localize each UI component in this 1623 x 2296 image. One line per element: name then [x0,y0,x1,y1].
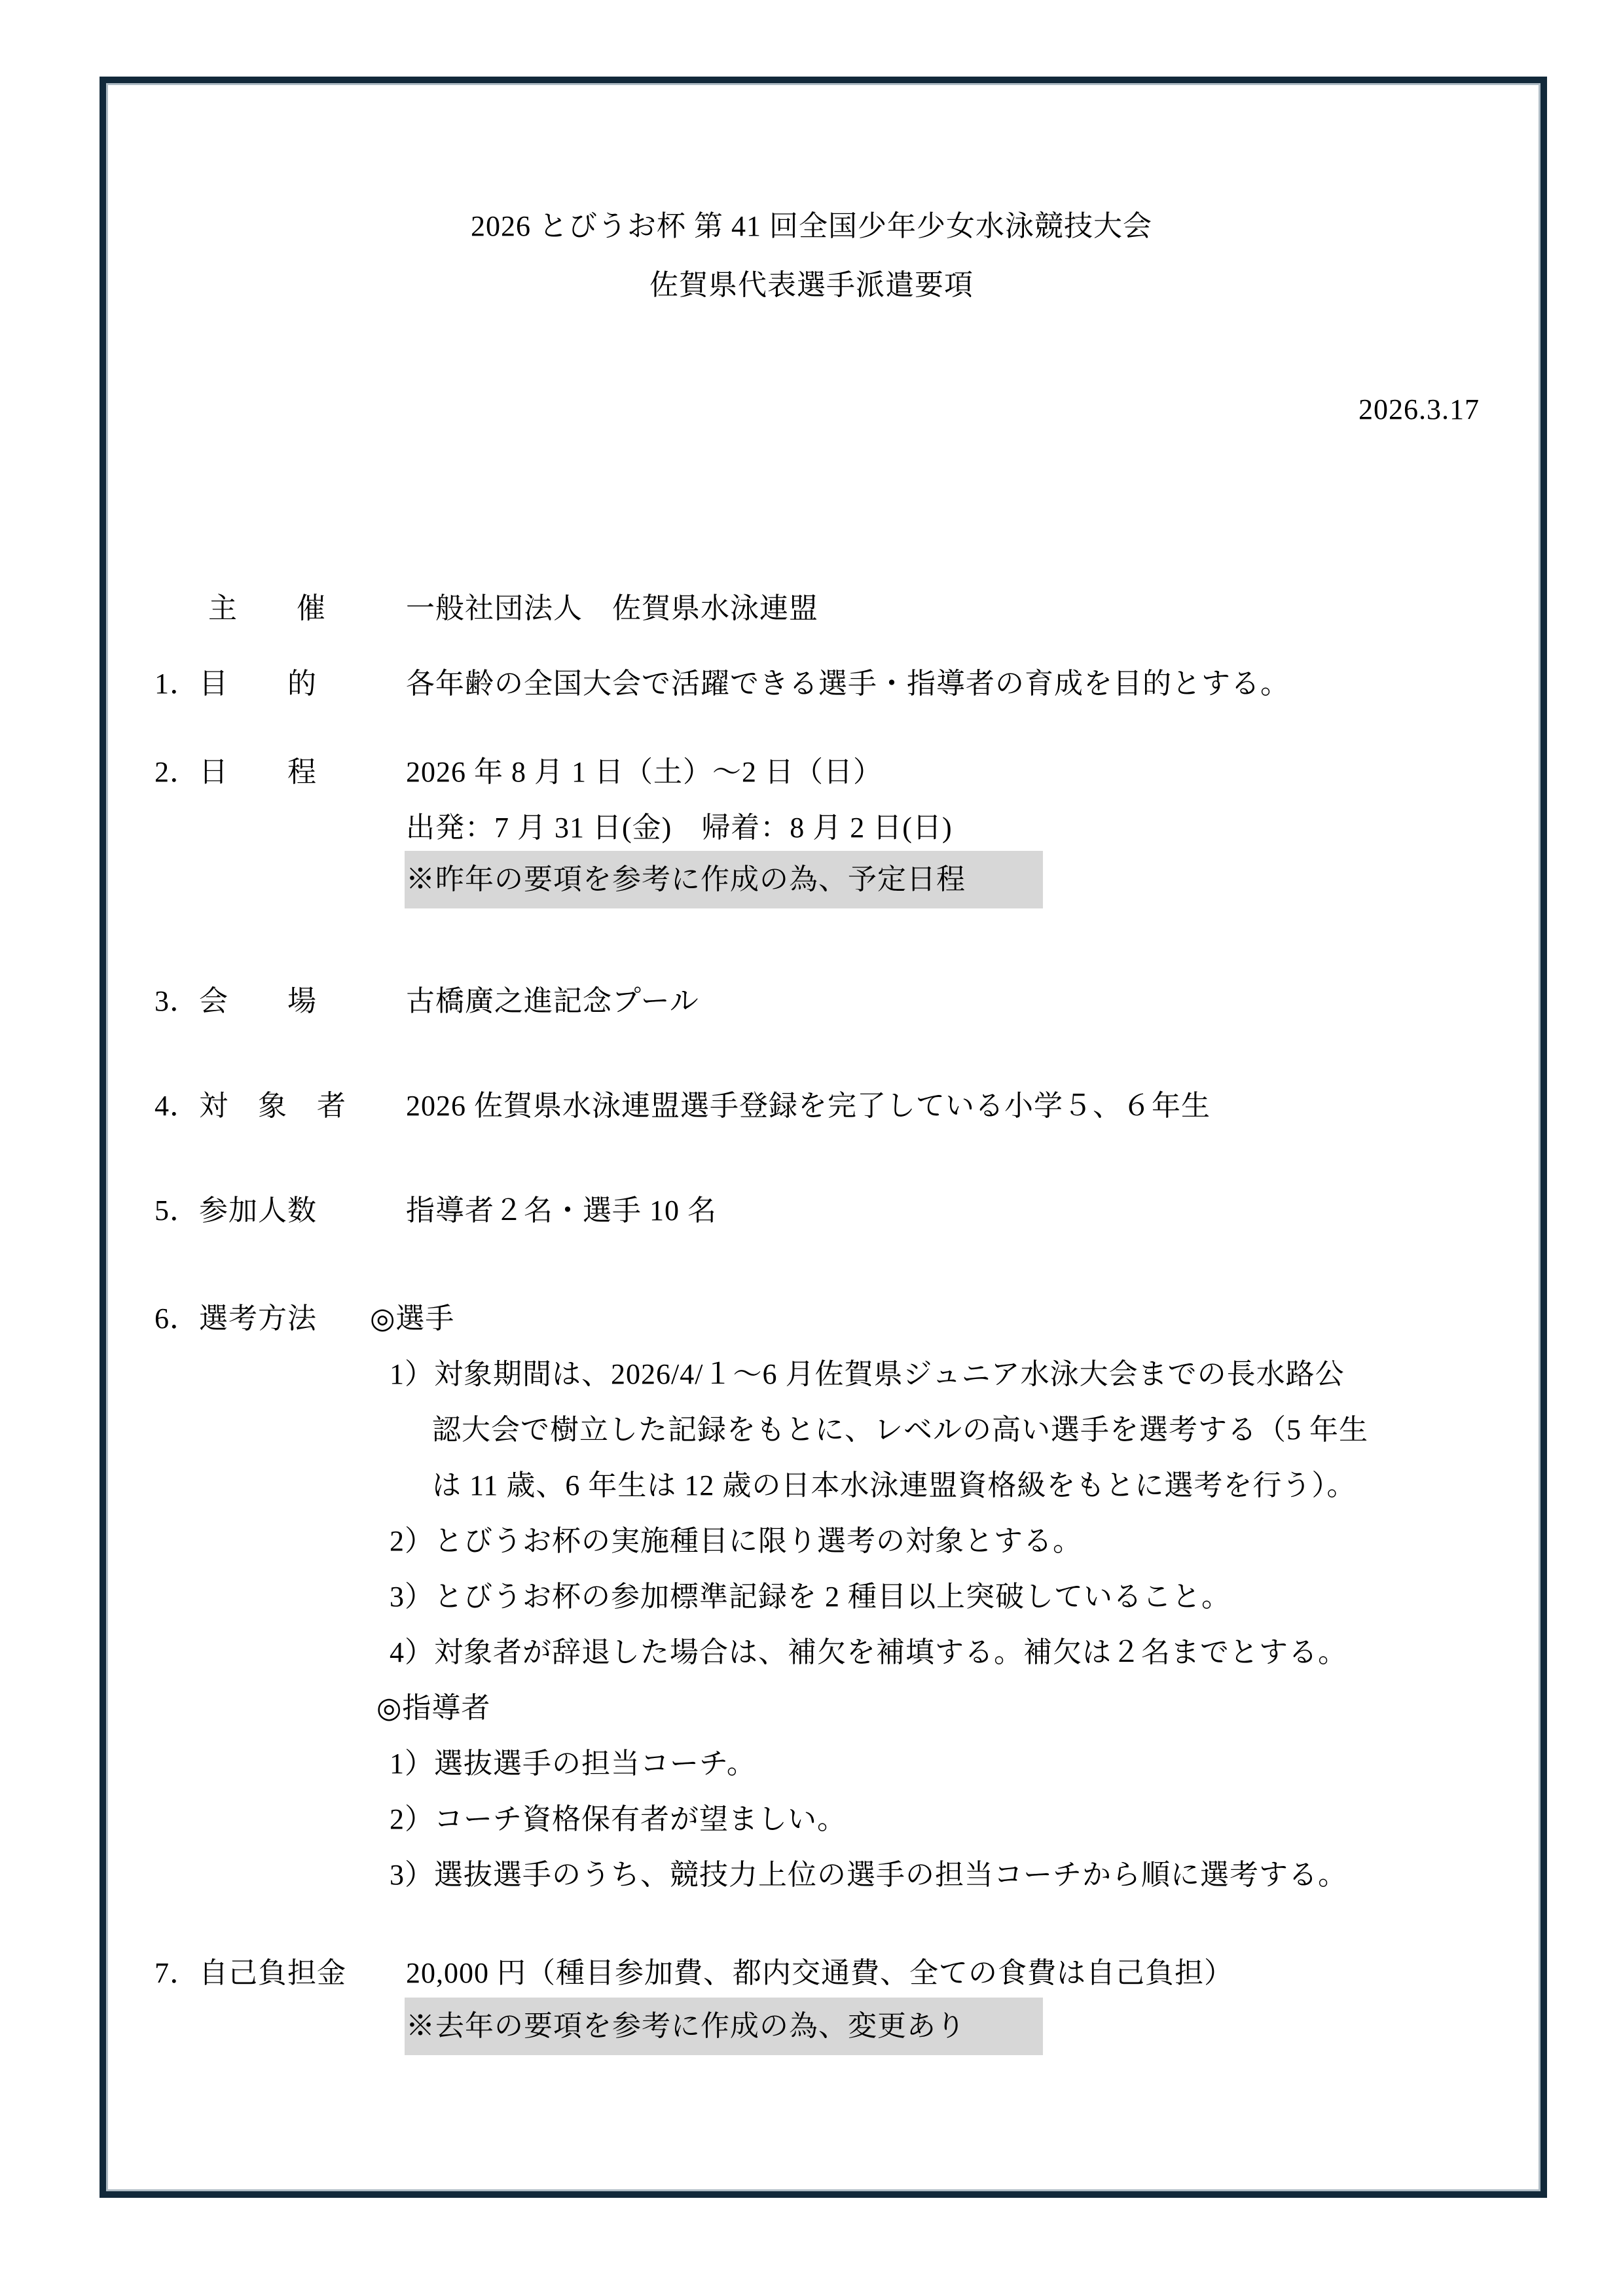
swimmers-rule-1-line-1: 1）対象期間は、2026/4/１～6 月佐賀県ジュニア水泳大会までの長水路公 [390,1355,1345,1394]
eligibility-text: 2026 佐賀県水泳連盟選手登録を完了している小学５、６年生 [406,1086,1211,1126]
venue-label: 3．会 場 [155,982,317,1021]
schedule-label: 2．日 程 [155,753,317,792]
swimmers-rule-2: 2）とびうお杯の実施種目に限り選考の対象とする。 [390,1522,1082,1561]
selection-coaches-heading: ◎指導者 [376,1689,490,1728]
schedule-note-highlight: ※昨年の要項を参考に作成の為、予定日程 [405,851,1043,908]
coaches-rule-3: 3）選抜選手のうち、競技力上位の選手の担当コーチから順に選考する。 [390,1856,1347,1895]
document-title: 2026 とびうお杯 第 41 回全国少年少女水泳競技大会 [0,207,1623,246]
document-page: 2026 とびうお杯 第 41 回全国少年少女水泳競技大会 佐賀県代表選手派遣要… [0,0,1623,2296]
selection-swimmers-heading: ◎選手 [370,1299,454,1338]
organizer-label: 主 催 [208,589,326,628]
schedule-dates: 2026 年 8 月 1 日（土）～2 日（日） [406,753,883,792]
schedule-travel: 出発：7 月 31 日(金) 帰着：8 月 2 日(日) [406,808,953,848]
fee-label: 7．自己負担金 [155,1954,346,1993]
eligibility-label: 4．対 象 者 [155,1086,346,1126]
coaches-rule-2: 2）コーチ資格保有者が望ましい。 [390,1800,847,1839]
purpose-text: 各年齢の全国大会で活躍できる選手・指導者の育成を目的とする。 [406,664,1290,704]
document-subtitle: 佐賀県代表選手派遣要項 [0,266,1623,305]
purpose-label: 1．目 的 [155,664,317,704]
fee-text: 20,000 円（種目参加費、都内交通費、全ての食費は自己負担） [406,1954,1233,1993]
swimmers-rule-1-line-3: は 11 歳、6 年生は 12 歳の日本水泳連盟資格級をもとに選考を行う）。 [432,1466,1356,1505]
participants-label: 5．参加人数 [155,1191,317,1230]
swimmers-rule-1-line-2: 認大会で樹立した記録をもとに、レベルの高い選手を選考する（5 年生 [432,1410,1368,1450]
participants-text: 指導者２名・選手 10 名 [406,1191,717,1230]
swimmers-rule-3: 3）とびうお杯の参加標準記録を 2 種目以上突破していること。 [390,1577,1231,1617]
coaches-rule-1: 1）選抜選手の担当コーチ。 [390,1744,756,1784]
schedule-note-text: ※昨年の要項を参考に作成の為、予定日程 [405,860,966,899]
venue-text: 古橋廣之進記念プール [406,982,699,1021]
issue-date: 2026.3.17 [1359,390,1480,429]
fee-note-highlight: ※去年の要項を参考に作成の為、変更あり [405,1998,1043,2055]
organizer-value: 一般社団法人 佐賀県水泳連盟 [406,589,818,628]
fee-note-text: ※去年の要項を参考に作成の為、変更あり [405,2007,966,2046]
selection-label: 6．選考方法 [155,1299,317,1338]
swimmers-rule-4: 4）対象者が辞退した場合は、補欠を補填する。補欠は２名までとする。 [390,1633,1347,1672]
